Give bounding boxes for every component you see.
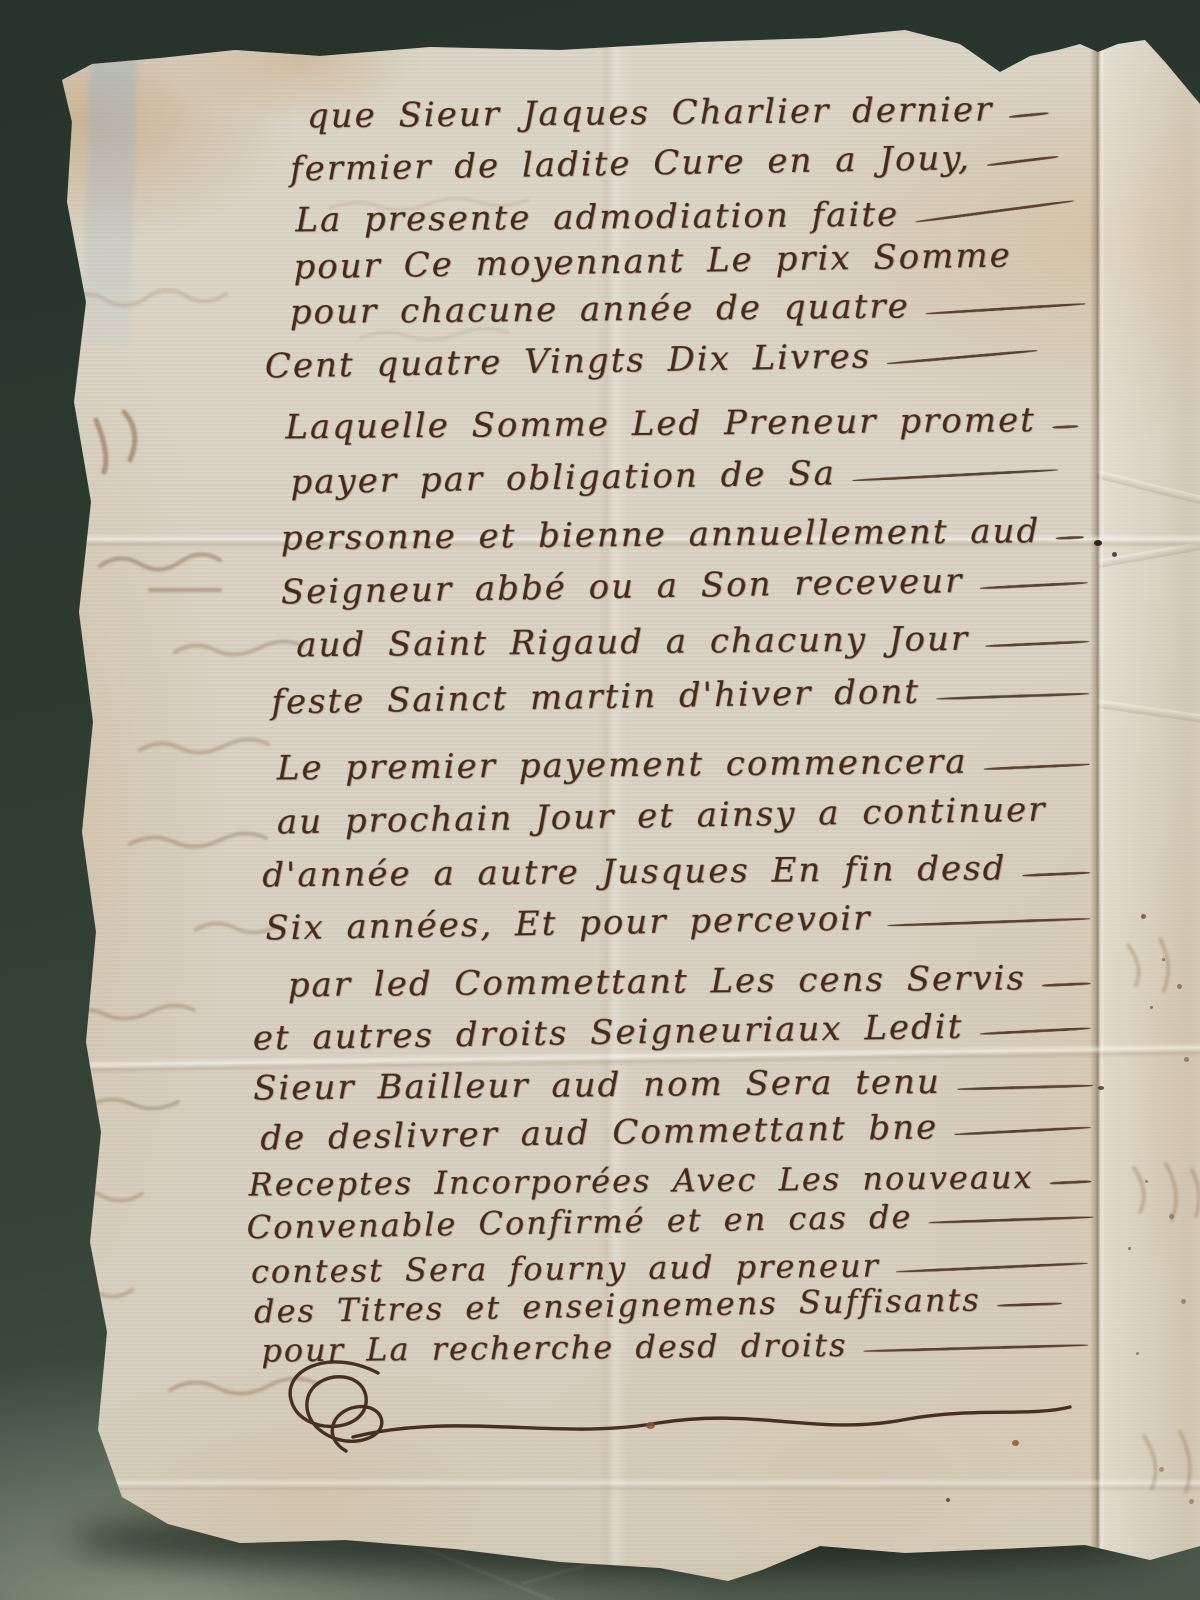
manuscript-line-text: d'année a autre Jusques En fin desd: [262, 849, 1006, 895]
manuscript-line-text: Receptes Incorporées Avec Les nouveaux: [248, 1159, 1033, 1203]
manuscript-line-text: Seigneur abbé ou a Son receveur: [281, 562, 964, 612]
manuscript-line-text: Convenable Confirmé et en cas de: [246, 1199, 912, 1247]
manuscript-line: Sieur Bailleur aud nom Sera tenu: [253, 1061, 1093, 1108]
manuscript-line: fermier de ladite Cure en a Jouy,: [290, 138, 1060, 190]
photo-background: que Sieur Jaques Charlier dernierfermier…: [0, 0, 1200, 1600]
manuscript-line: aud Saint Rigaud a chacuny Jour: [296, 619, 1089, 666]
manuscript-line: par led Commettant Les cens Servis: [288, 959, 1091, 1006]
manuscript-line: feste Sainct martin d'hiver dont: [271, 670, 1090, 723]
line-filler-dash: [997, 1302, 1062, 1307]
manuscript-line: Convenable Confirmé et en cas de: [246, 1196, 1093, 1247]
manuscript-line-text: que Sieur Jaques Charlier dernier: [307, 91, 994, 137]
line-filler-dash: [983, 763, 1089, 771]
manuscript-line-text: feste Sainct martin d'hiver dont: [271, 673, 920, 723]
signature-paraph: [258, 1345, 1088, 1480]
ink-spot: [646, 1422, 655, 1429]
manuscript-page: que Sieur Jaques Charlier dernierfermier…: [0, 0, 1200, 1600]
manuscript-line-text: Le premier payement commencera: [277, 743, 968, 789]
manuscript-line-text: au prochain Jour et ainsy a continuer: [277, 791, 1047, 843]
manuscript-line: Laquelle Somme Led Preneur promet: [285, 401, 1070, 448]
manuscript-line: au prochain Jour et ainsy a continuer: [277, 791, 1047, 843]
manuscript-line-text: La presente admodiation faite: [295, 196, 899, 241]
manuscript-line-text: de deslivrer aud Commettant bne: [260, 1108, 939, 1158]
line-filler-dash: [887, 349, 1037, 365]
manuscript-line: pour Ce moyennant Le prix Somme: [293, 236, 1012, 287]
ink-spot: [1094, 540, 1102, 546]
line-filler-dash: [1056, 536, 1084, 540]
manuscript-line-text: et autres droits Seigneuriaux Ledit: [252, 1008, 963, 1059]
line-filler-dash: [1042, 982, 1091, 987]
line-filler-dash: [1052, 425, 1078, 429]
ink-spot: [1112, 552, 1117, 557]
manuscript-line: payer par obligation de Sa: [290, 451, 1059, 503]
manuscript-line-text: Six années, Et pour percevoir: [265, 899, 872, 948]
manuscript-line-text: pour Ce moyennant Le prix Somme: [293, 236, 1012, 287]
manuscript-line-text: fermier de ladite Cure en a Jouy,: [290, 139, 971, 189]
manuscript-line: et autres droits Seigneuriaux Ledit: [252, 1006, 1091, 1059]
line-filler-dash: [1049, 1180, 1091, 1185]
manuscript-line: La presente admodiation faite: [295, 194, 1075, 241]
line-filler-dash: [852, 469, 1058, 483]
manuscript-line: Six années, Et pour percevoir: [265, 896, 1091, 949]
manuscript-line: Cent quatre Vingts Dix Livres: [265, 335, 1039, 387]
manuscript-line-text: Laquelle Somme Led Preneur promet: [285, 401, 1036, 447]
line-filler-dash: [926, 302, 1086, 315]
line-filler-dash: [887, 917, 1090, 927]
line-filler-dash: [896, 1262, 1088, 1274]
manuscript-line: Le premier payement commencera: [277, 742, 1090, 789]
manuscript-line-text: Cent quatre Vingts Dix Livres: [265, 337, 872, 386]
manuscript-line: d'année a autre Jusques En fin desd: [262, 849, 1090, 896]
manuscript-line-text: personne et bienne annuellement aud: [281, 512, 1041, 558]
manuscript-line: Receptes Incorporées Avec Les nouveaux: [248, 1158, 1091, 1203]
line-filler-dash: [979, 581, 1087, 590]
ink-spot: [1098, 1086, 1104, 1090]
manuscript-line: que Sieur Jaques Charlier dernier: [307, 90, 1049, 136]
line-filler-dash: [936, 692, 1089, 700]
manuscript-line: Seigneur abbé ou a Son receveur: [281, 560, 1088, 612]
line-filler-dash: [1009, 112, 1049, 119]
line-filler-dash: [1022, 871, 1090, 877]
line-filler-dash: [954, 1126, 1091, 1136]
manuscript-line-text: Sieur Bailleur aud nom Sera tenu: [253, 1063, 941, 1109]
line-filler-dash: [987, 155, 1059, 167]
manuscript-line-text: par led Commettant Les cens Servis: [288, 959, 1027, 1005]
manuscript-line: personne et bienne annuellement aud: [281, 512, 1084, 559]
line-filler-dash: [928, 1215, 1093, 1224]
line-filler-dash: [915, 199, 1074, 223]
ink-speckles: [0, 0, 3, 3]
line-filler-dash: [985, 640, 1089, 648]
ink-spot: [946, 1498, 950, 1502]
manuscript-line-text: payer par obligation de Sa: [290, 454, 836, 502]
manuscript-line-text: aud Saint Rigaud a chacuny Jour: [296, 620, 969, 666]
manuscript-line: pour chacune année de quatre: [290, 286, 1086, 333]
manuscript-line-text: pour chacune année de quatre: [290, 287, 910, 332]
line-filler-dash: [957, 1084, 1093, 1091]
line-filler-dash: [979, 1027, 1090, 1036]
manuscript-line: de deslivrer aud Commettant bne: [260, 1106, 1092, 1159]
ink-spot: [1012, 1440, 1019, 1446]
